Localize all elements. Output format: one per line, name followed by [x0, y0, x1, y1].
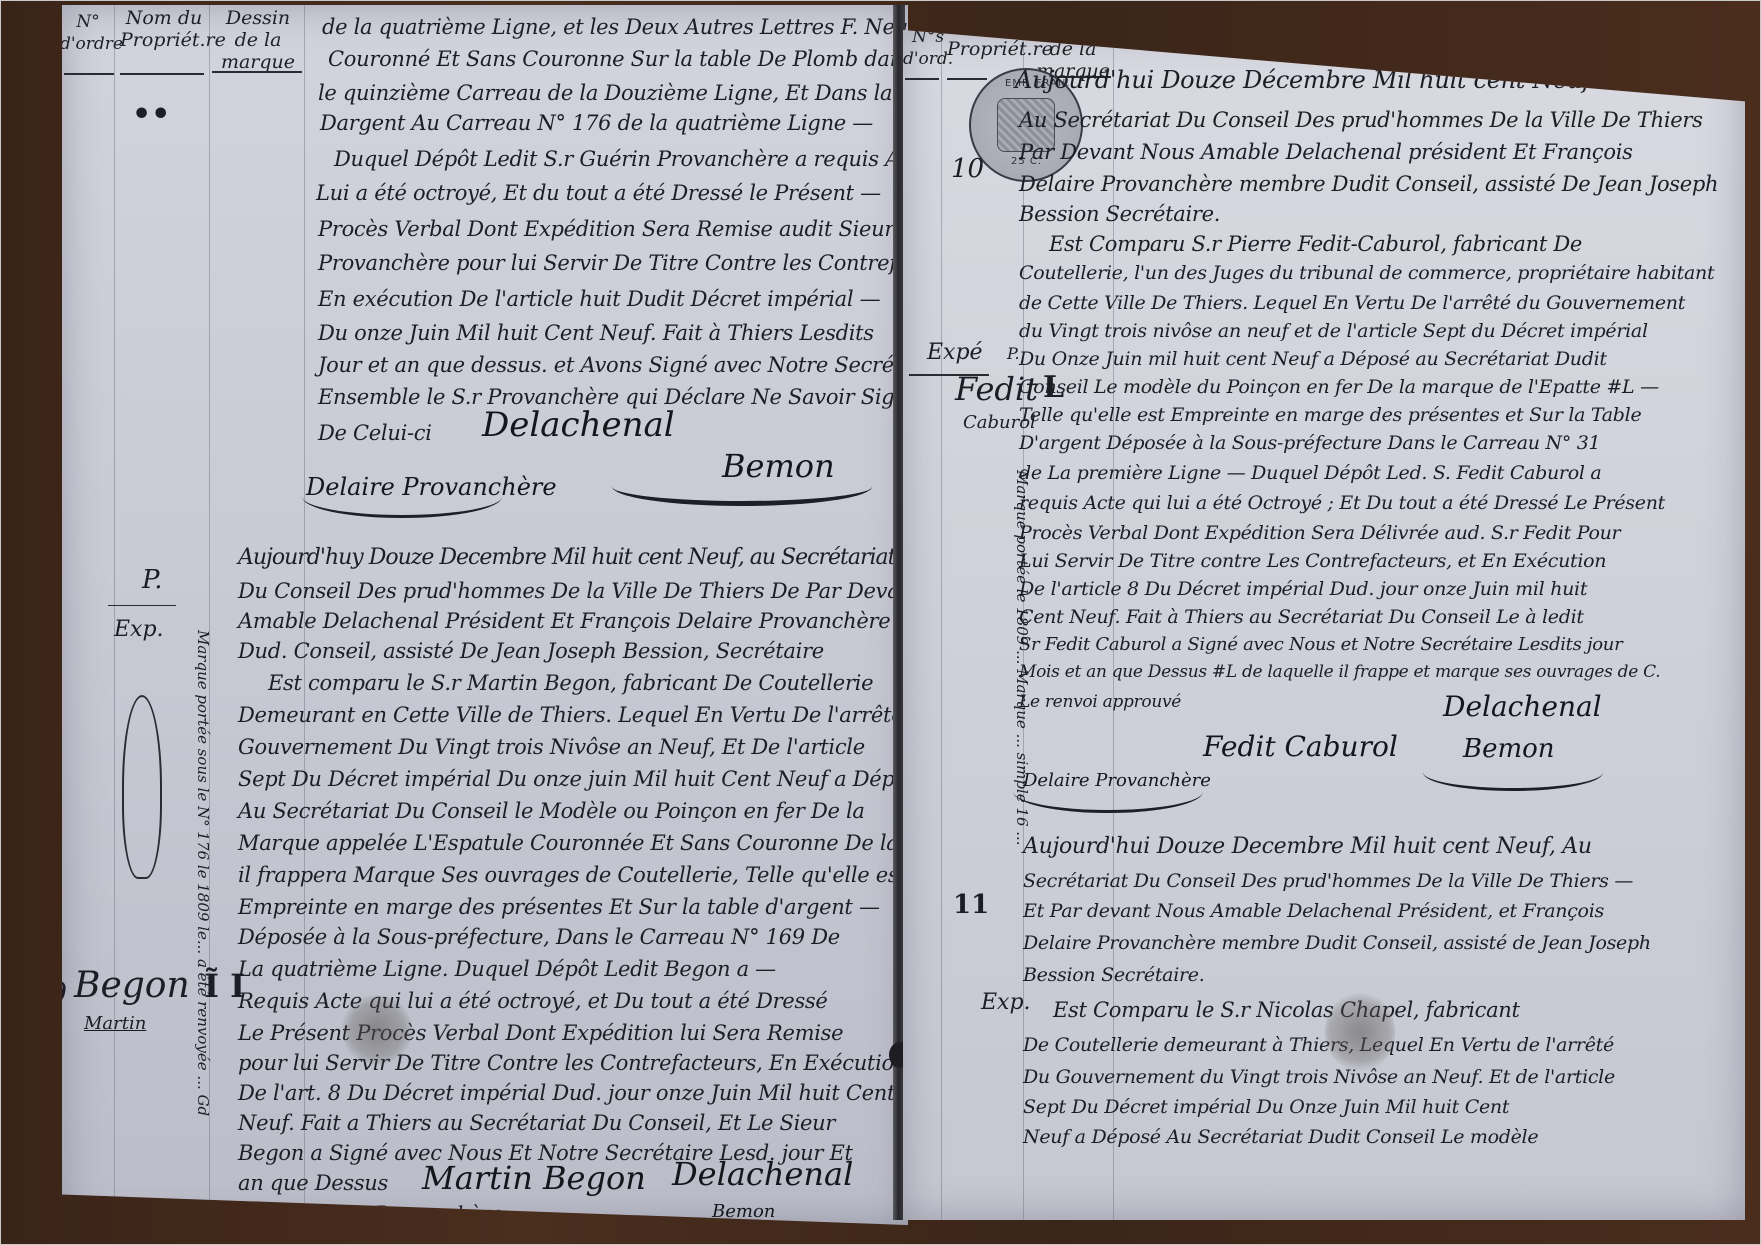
text-line: De Celui-ci [318, 421, 432, 445]
owner-firstname: Martin [84, 1013, 146, 1034]
text-line: Du onze Juin Mil huit Cent Neuf. Fait à … [318, 321, 874, 345]
text-line: Le renvoi approuvé [1019, 692, 1181, 712]
header-order-number: N°s d'ord. [903, 30, 953, 70]
text-line: Demeurant en Cette Ville de Thiers. Lequ… [238, 703, 908, 727]
text-line: Coutellerie, l'un des Juges du tribunal … [1019, 262, 1714, 284]
signature-flourish [612, 467, 872, 506]
text-line: Duquel Dépôt Ledit S.r Guérin Provanchèr… [334, 147, 908, 171]
text-line: Dud. Conseil, assisté De Jean Joseph Bes… [238, 639, 824, 663]
text-line: Dargent Au Carreau N° 176 de la quatrièm… [320, 111, 873, 135]
text-line: Secrétariat Du Conseil Des prud'hommes D… [1023, 870, 1633, 892]
text-line: il frappera Marque Ses ouvrages de Coute… [238, 863, 907, 887]
text-line: La quatrième Ligne. Duquel Dépôt Ledit B… [238, 957, 776, 981]
text-line: Du Gouvernement du Vingt trois Nivôse an… [1023, 1066, 1615, 1088]
signature-bemon: Bemon [712, 1201, 775, 1222]
text-line: Amable Delachenal Président Et François … [238, 609, 908, 633]
text-line: Jour et an que dessus. et Avons Signé av… [318, 353, 908, 377]
text-line: du Vingt trois nivôse an neuf et de l'ar… [1019, 320, 1648, 342]
text-line: Delaire Provanchère membre Dudit Conseil… [1019, 172, 1718, 196]
owner-prefix: P. [1007, 344, 1020, 363]
signature-delachenal: Delachenal [672, 1155, 853, 1193]
text-line: Sept Du Décret impérial Du onze juin Mil… [238, 767, 908, 791]
signature-delachenal: Delachenal [1443, 690, 1602, 723]
text-line: Au Secrétariat Du Conseil le Modèle ou P… [238, 799, 865, 823]
entry-status-expedition: Exp. [981, 990, 1031, 1015]
column-rule [941, 30, 942, 1220]
text-line: Du Onze Juin mil huit cent Neuf a Déposé… [1019, 348, 1607, 370]
entry-status-p: P. [142, 565, 163, 595]
text-line: Couronné Et Sans Couronne Sur la table D… [328, 47, 908, 71]
text-line: De l'art. 8 Du Décret impérial Dud. jour… [238, 1081, 895, 1105]
text-line: Delaire Provanchère membre Dudit Conseil… [1023, 932, 1651, 954]
text-line: De Coutellerie demeurant à Thiers, Leque… [1023, 1034, 1614, 1056]
entry-number: 10 [951, 154, 984, 184]
text-line: Empreinte en marge des présentes Et Sur … [238, 895, 880, 919]
entry-number: 11 [953, 890, 989, 920]
text-line: Du Conseil Des prud'hommes De la Ville D… [238, 579, 908, 603]
header-owner-name: Nom du Propriét.re [947, 30, 1027, 60]
text-line-opening: Aujourd'hui Douze Décembre Mil huit cent… [1015, 66, 1591, 94]
text-line: Procès Verbal Dont Expédition Sera Déliv… [1019, 522, 1620, 544]
text-line: requis Acte qui lui a été Octroyé ; Et D… [1019, 492, 1665, 514]
signature-delachenal: Delachenal [482, 405, 675, 445]
text-line: Mois et an que Dessus #L de laquelle il … [1019, 662, 1660, 682]
text-line: Sept Du Décret impérial Du Onze Juin Mil… [1023, 1096, 1509, 1118]
ink-stain [342, 995, 412, 1065]
document-photo-frame: N° d'ordre Nom du Propriét.re Dessin de … [0, 0, 1761, 1245]
owner-name: Begon [74, 965, 190, 1006]
text-line: Au Secrétariat Du Conseil Des prud'homme… [1019, 108, 1703, 132]
text-line: Lui Servir De Titre contre Les Contrefac… [1019, 550, 1606, 572]
text-line: Bession Secrétaire. [1023, 964, 1204, 986]
text-line: Et Par devant Nous Amable Delachenal Pré… [1023, 900, 1604, 922]
signature-delaire-provanchere: Delaire Provanchère [294, 1201, 503, 1225]
header-mark-drawing: Dessin de la marque [212, 7, 304, 73]
text-line: de Cette Ville De Thiers. Lequel En Vert… [1019, 292, 1685, 314]
text-line: pour lui Servir De Titre Contre les Cont… [238, 1051, 907, 1075]
header-underline [120, 73, 204, 75]
signature-flourish [1423, 754, 1603, 791]
signature-flourish [302, 475, 502, 518]
text-line: Gouvernement Du Vingt trois Nivôse an Ne… [238, 735, 865, 759]
text-line: de La première Ligne — Duquel Dépôt Led.… [1019, 462, 1601, 484]
entry-status-expedition: Exp. [114, 617, 164, 642]
text-line: Conseil Le modèle du Poinçon en fer De l… [1019, 376, 1659, 398]
signature-martin-begon: Martin Begon [422, 1159, 646, 1197]
text-line: an que Dessus [238, 1171, 388, 1195]
entry-number: 9 [62, 977, 67, 1012]
left-page: N° d'ordre Nom du Propriét.re Dessin de … [62, 5, 908, 1225]
right-page: N°s d'ord. Nom du Propriét.re Dessin de … [903, 30, 1745, 1220]
signature-fedit-caburol: Fedit Caburol [1203, 730, 1398, 763]
text-line: Est Comparu le S.r Nicolas Chapel, fabri… [1053, 998, 1520, 1022]
text-line: Cent Neuf. Fait à Thiers au Secrétariat … [1019, 606, 1584, 628]
text-line: Neuf a Déposé Au Secrétariat Dudit Conse… [1023, 1126, 1538, 1148]
text-line: Est comparu le S.r Martin Begon, fabrica… [268, 671, 873, 695]
margin-mark: •• [132, 97, 170, 132]
text-line: Requis Acte qui lui a été octroyé, et Du… [238, 989, 828, 1013]
header-underline [212, 71, 302, 73]
text-line: Procès Verbal Dont Expédition Sera Remis… [318, 217, 894, 241]
signature-flourish [1013, 770, 1203, 813]
text-line: Lui a été octroyé, Et du tout a été Dres… [316, 181, 881, 205]
text-line: Est Comparu S.r Pierre Fedit-Caburol, fa… [1049, 232, 1582, 256]
text-line-opening: Aujourd'hui Douze Decembre Mil huit cent… [1023, 834, 1592, 859]
text-line: Déposée à la Sous-préfecture, Dans le Ca… [238, 925, 840, 949]
margin-flourish [122, 695, 162, 879]
header-underline [64, 73, 114, 75]
vertical-margin-note: Marque portée sous le N° 176 le 1809 le.… [194, 630, 212, 1116]
text-line-opening: Aujourd'huy Douze Decembre Mil huit cent… [238, 545, 895, 570]
text-line: Le Présent Procès Verbal Dont Expédition… [238, 1021, 843, 1045]
text-line: En exécution De l'article huit Dudit Déc… [318, 287, 880, 311]
header-owner-name: Nom du Propriét.re [120, 7, 208, 51]
text-line: Marque appelée L'Espatule Couronnée Et S… [238, 831, 908, 855]
text-line: Provanchère pour lui Servir De Titre Con… [318, 251, 908, 275]
entry-status-expedition: Expé [927, 340, 983, 365]
status-divider [108, 605, 176, 606]
corner-note: grammes [1679, 58, 1731, 71]
text-line: Sr Fedit Caburol a Signé avec Nous et No… [1019, 634, 1622, 655]
text-line: Bession Secrétaire. [1019, 202, 1220, 226]
header-order-number: N° d'ordre [62, 11, 116, 55]
text-line: D'argent Déposée à la Sous-préfecture Da… [1019, 432, 1600, 454]
ink-stain [1325, 992, 1395, 1072]
text-line: Par Devant Nous Amable Delachenal présid… [1019, 140, 1633, 164]
header-underline [905, 78, 939, 80]
text-line: le quinzième Carreau de la Douzième Lign… [318, 81, 908, 105]
text-line: De l'article 8 Du Décret impérial Dud. j… [1019, 578, 1587, 600]
text-line: de la quatrième Ligne, et les Deux Autre… [322, 15, 908, 39]
header-underline [947, 78, 987, 80]
text-line: Neuf. Fait a Thiers au Secrétariat Du Co… [238, 1111, 835, 1135]
column-rule [114, 5, 115, 1225]
text-line: Telle qu'elle est Empreinte en marge des… [1019, 404, 1641, 426]
